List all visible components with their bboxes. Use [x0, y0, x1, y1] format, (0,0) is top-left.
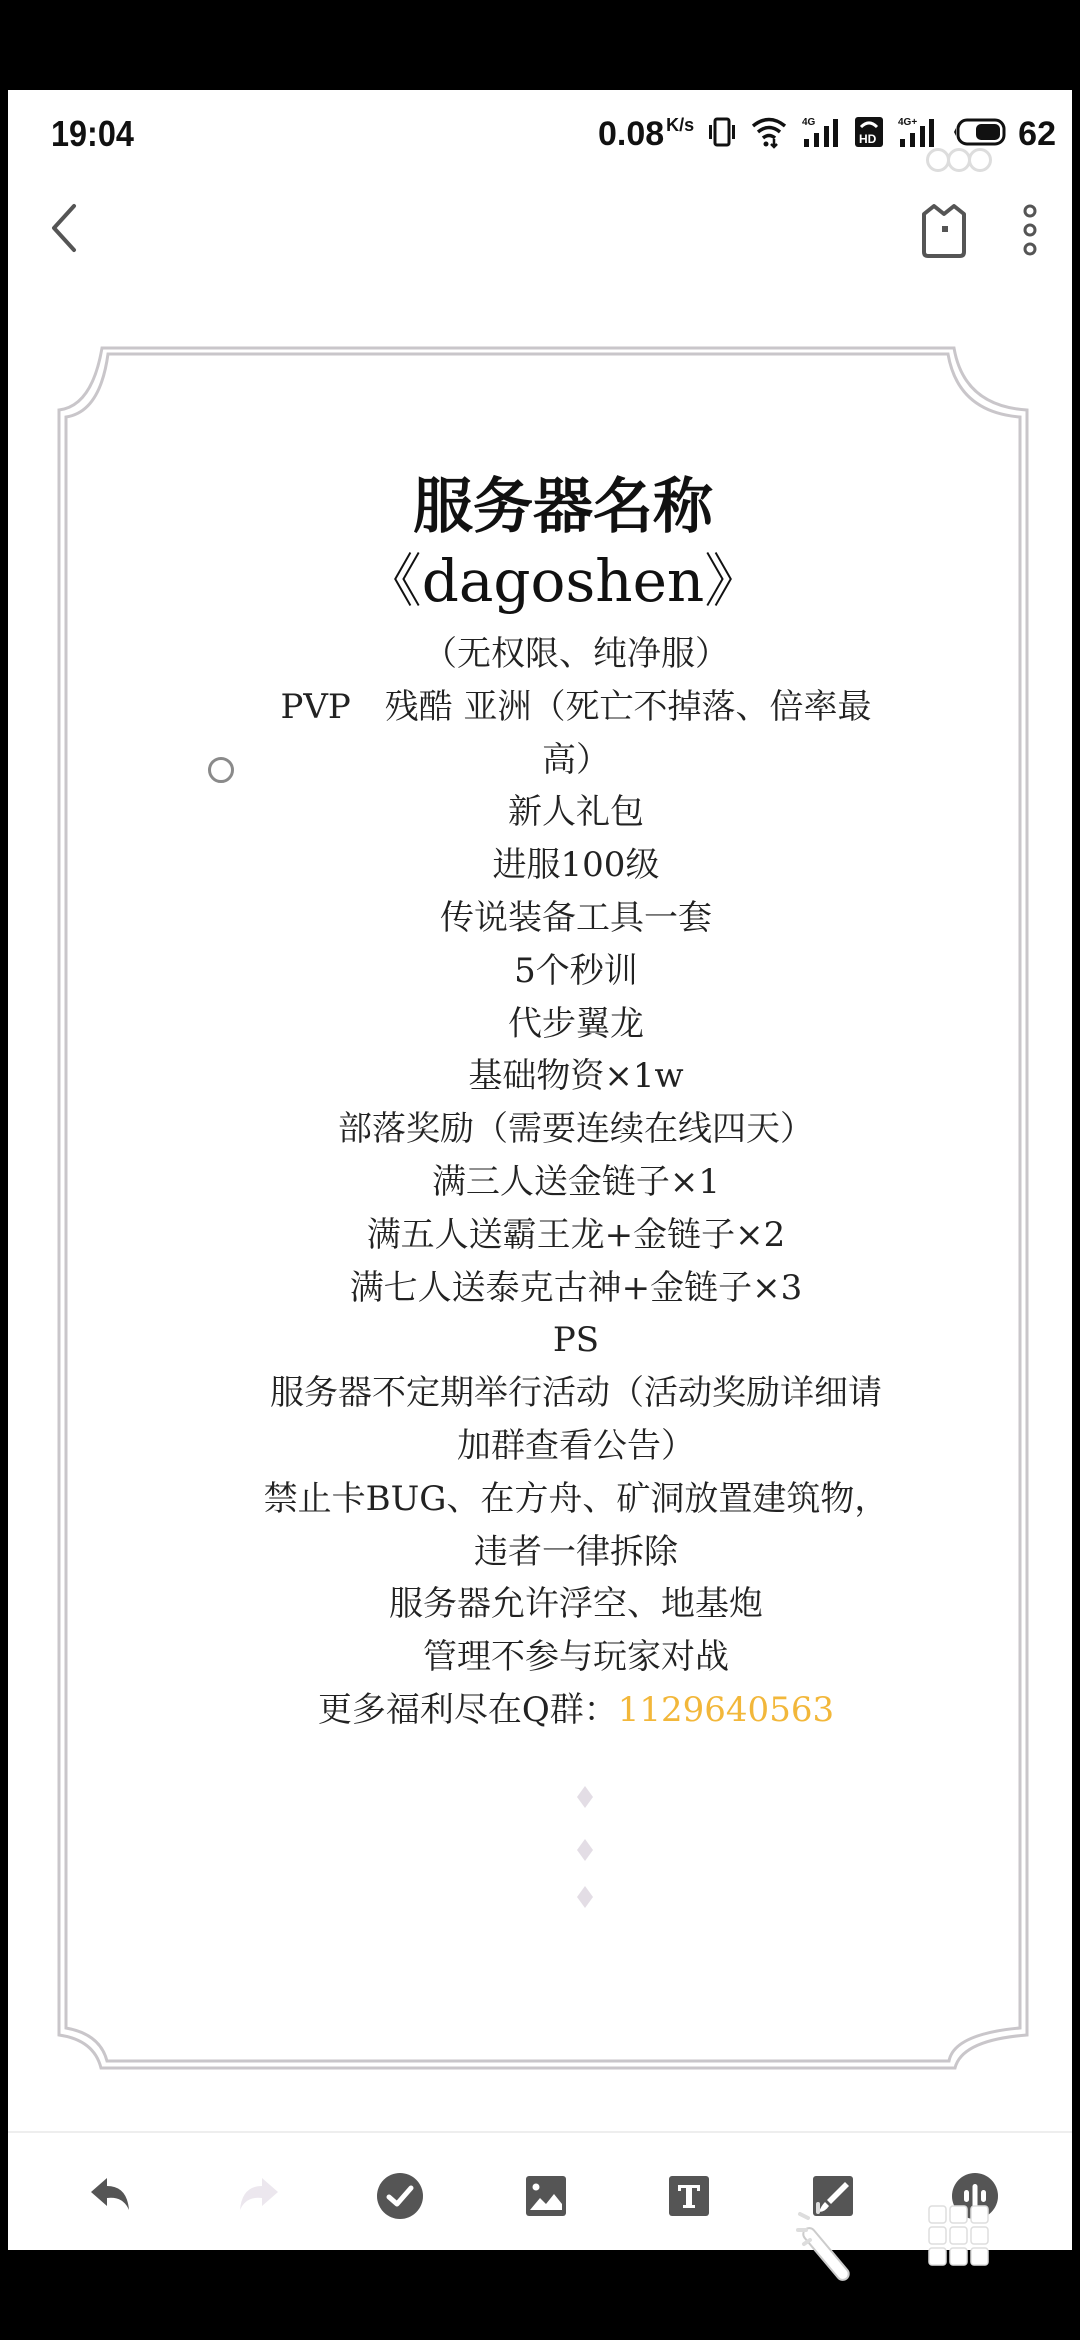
- status-time: 19:04: [51, 113, 134, 155]
- qq-group-label: 更多福利尽在Q群：: [318, 1690, 618, 1730]
- svg-text:4G: 4G: [802, 117, 816, 128]
- floating-dots-overlay: [926, 148, 989, 172]
- status-bar: 19:04 0.08K/s 4G HD 4G+ 62: [8, 90, 1072, 180]
- detail-line: 5个秒训: [256, 945, 896, 998]
- text-format-icon: [667, 2174, 711, 2218]
- detail-line: 传说装备工具一套: [256, 892, 896, 945]
- back-button[interactable]: [44, 198, 84, 258]
- undo-button[interactable]: [86, 2171, 136, 2221]
- undo-icon: [87, 2174, 135, 2218]
- server-name: 《dagoshen》: [58, 544, 1068, 618]
- diamond-ornament-icon: [577, 1886, 593, 1908]
- more-vertical-icon: [1018, 202, 1042, 258]
- tag-icon: [918, 202, 970, 258]
- detail-line: 满五人送霸王龙+金链子×2: [256, 1209, 896, 1262]
- vibrate-icon: [708, 116, 736, 153]
- server-details: （无权限、纯净服） PVP 残酷 亚洲（死亡不掉落、倍率最高） 新人礼包 进服1…: [256, 628, 896, 1737]
- note-content[interactable]: 服务器名称 《dagoshen》 （无权限、纯净服） PVP 残酷 亚洲（死亡不…: [98, 470, 1068, 1737]
- svg-text:4G+: 4G+: [898, 117, 917, 128]
- image-icon: [524, 2174, 568, 2218]
- screen: 19:04 0.08K/s 4G HD 4G+ 62: [8, 90, 1072, 2250]
- voice-button[interactable]: [950, 2171, 1000, 2221]
- insert-image-button[interactable]: [521, 2171, 571, 2221]
- battery-percent: 62: [1018, 115, 1056, 154]
- qq-group-number[interactable]: 1129640563: [618, 1690, 834, 1730]
- detail-line: 禁止卡BUG、在方舟、矿洞放置建筑物，违者一律拆除: [256, 1473, 896, 1579]
- detail-line: 进服100级: [256, 839, 896, 892]
- svg-text:HD: HD: [859, 132, 877, 146]
- redo-button[interactable]: [233, 2171, 283, 2221]
- checklist-button[interactable]: [375, 2171, 425, 2221]
- detail-line: 基础物资×1w: [256, 1050, 896, 1103]
- detail-line: 满七人送泰克古神+金链子×3: [256, 1262, 896, 1315]
- detail-line: 服务器允许浮空、地基炮: [256, 1578, 896, 1631]
- brush-button[interactable]: [808, 2171, 858, 2221]
- server-title: 服务器名称: [58, 470, 1068, 544]
- net-speed-unit: K/s: [666, 115, 694, 135]
- detail-line: PVP 残酷 亚洲（死亡不掉落、倍率最高）: [256, 681, 896, 787]
- hd-voice-icon: HD: [854, 115, 884, 154]
- detail-line: 代步翼龙: [256, 998, 896, 1051]
- bottom-toolbar: [8, 2131, 1072, 2250]
- voice-icon: [951, 2172, 999, 2220]
- tag-button[interactable]: [918, 202, 970, 258]
- signal-4g-icon: 4G: [802, 115, 840, 154]
- battery-icon: [952, 117, 1008, 152]
- redo-icon: [234, 2174, 282, 2218]
- chevron-left-icon: [44, 198, 84, 258]
- detail-line: 部落奖励（需要连续在线四天）: [256, 1103, 896, 1156]
- qq-group-line: 更多福利尽在Q群：1129640563: [256, 1684, 896, 1737]
- detail-line: 管理不参与玩家对战: [256, 1631, 896, 1684]
- net-speed-value: 0.08: [598, 115, 664, 153]
- diamond-ornament-icon: [577, 1839, 593, 1861]
- detail-line: （无权限、纯净服）: [256, 628, 896, 681]
- detail-line: 服务器不定期举行活动（活动奖励详细请加群查看公告）: [256, 1367, 896, 1473]
- diamond-ornament-icon: [577, 1786, 593, 1808]
- brush-icon: [811, 2174, 855, 2218]
- detail-line: PS: [256, 1314, 896, 1367]
- detail-line: 满三人送金链子×1: [256, 1156, 896, 1209]
- check-circle-icon: [376, 2172, 424, 2220]
- wifi-icon: [750, 115, 788, 154]
- text-format-button[interactable]: [664, 2171, 714, 2221]
- more-options-button[interactable]: [1018, 202, 1042, 258]
- radio-circle-icon[interactable]: [208, 757, 234, 783]
- detail-line: 新人礼包: [256, 786, 896, 839]
- network-speed: 0.08K/s: [598, 115, 694, 154]
